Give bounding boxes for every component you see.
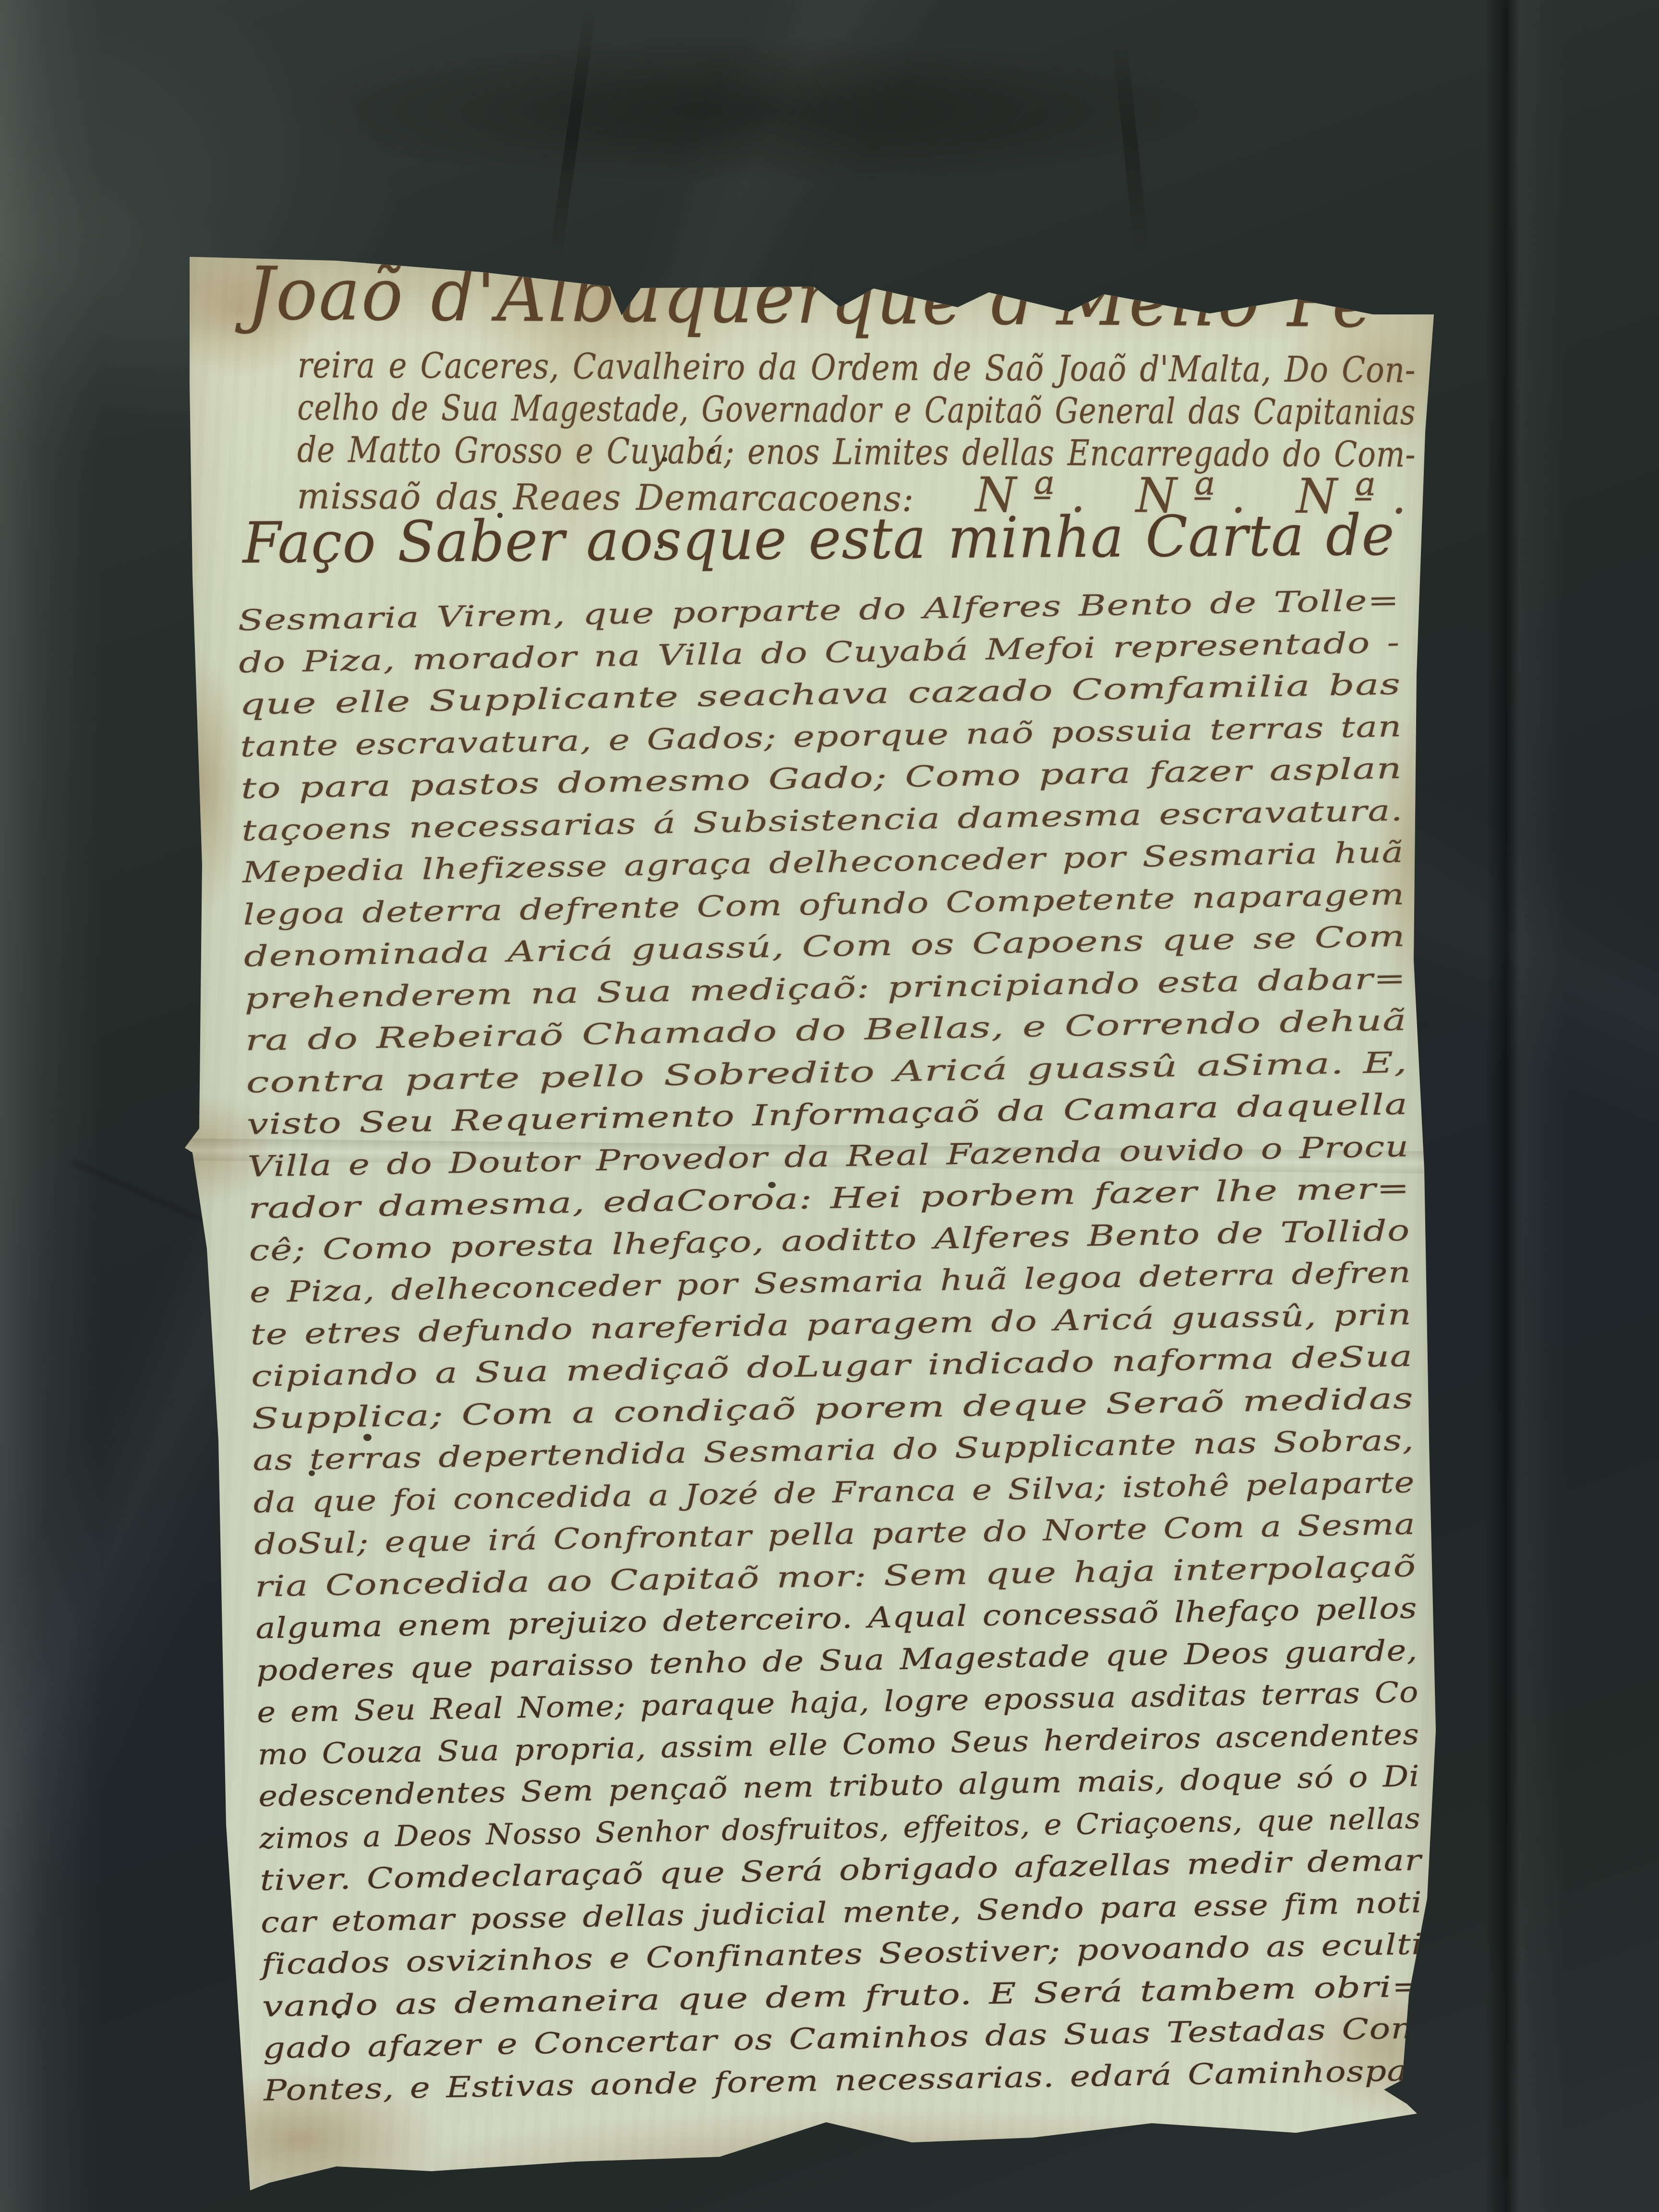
heading-line-3: celho de Sua Magestade, Governador e Cap… [297, 386, 1416, 433]
manuscript-page: Joaõ d'Albuquerque d'Mello Pe- reira e C… [175, 242, 1443, 2201]
ink-blot [363, 1434, 372, 1441]
heading-line-2: reira e Caceres, Cavalheiro da Ordem de … [298, 344, 1416, 391]
cloth-fold [1111, 29, 1150, 260]
heading-line-1: Joaõ d'Albuquerque d'Mello Pe- [247, 250, 1400, 346]
body-text: Sesmaria Virem, que porparte do Alferes … [238, 581, 1376, 2112]
ink-blot [709, 448, 715, 454]
photo-backdrop: Joaõ d'Albuquerque d'Mello Pe- reira e C… [0, 0, 1659, 2212]
heading-subline-block: reira e Caceres, Cavalheiro da Ordem de … [297, 344, 1650, 519]
manuscript-text: Joaõ d'Albuquerque d'Mello Pe- reira e C… [175, 242, 1443, 2201]
ink-blot [768, 1182, 776, 1188]
ink-blot [658, 544, 663, 549]
ink-blot [662, 457, 667, 462]
opening-line: Faço Saber aosque esta minha Carta de [242, 501, 1395, 577]
cloth-fold [548, 0, 598, 268]
ink-blot [497, 513, 503, 518]
ink-blot [309, 1470, 315, 1476]
ink-blot [337, 2014, 342, 2019]
